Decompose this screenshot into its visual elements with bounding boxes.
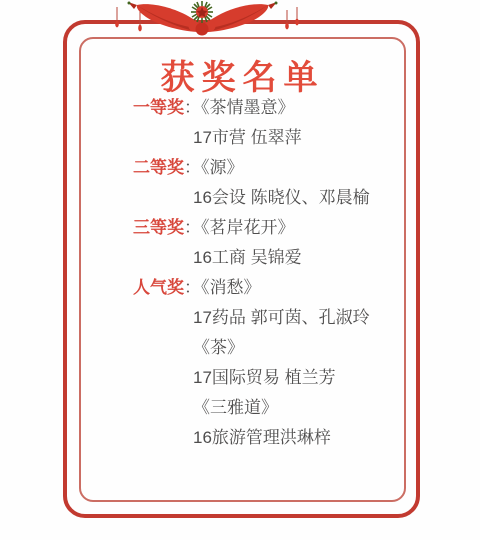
award-detail-row: 17国际贸易 植兰芳 (133, 363, 398, 393)
award-winner-detail: 17国际贸易 植兰芳 (193, 368, 336, 387)
colon-separator: ： (184, 98, 201, 117)
award-detail-row: 《茶》 (133, 333, 398, 363)
award-rank-label: 人气奖 (133, 278, 184, 297)
award-winner-detail: 16旅游管理洪琳梓 (193, 428, 331, 447)
award-winner-detail: 17药品 郭可茵、孔淑玲 (193, 308, 370, 327)
award-winner-detail: 16会设 陈晓仪、邓晨榆 (193, 188, 370, 207)
award-detail-row: 16工商 吴锦爱 (133, 243, 398, 273)
award-entry-title: 《源》 (201, 158, 244, 177)
award-winner-detail: 17市营 伍翠萍 (193, 128, 302, 147)
award-detail-row: 17市营 伍翠萍 (133, 123, 398, 153)
page-title: 获奖名单 (79, 50, 406, 99)
award-entry-title: 《茶》 (193, 338, 244, 357)
award-detail-row: 16旅游管理洪琳梓 (133, 423, 398, 453)
award-row-second-prize: 二等奖：《源》 (133, 153, 398, 183)
colon-separator: ： (184, 158, 201, 177)
award-row-first-prize: 一等奖：《茶情墨意》 (133, 93, 398, 123)
colon-separator: ： (184, 278, 201, 297)
award-rank-label: 三等奖 (133, 218, 184, 237)
award-entry-title: 《消愁》 (201, 278, 261, 297)
colon-separator: ： (184, 218, 201, 237)
award-row-third-prize: 三等奖：《茗岸花开》 (133, 213, 398, 243)
award-winner-detail: 16工商 吴锦爱 (193, 248, 302, 267)
award-detail-row: 17药品 郭可茵、孔淑玲 (133, 303, 398, 333)
award-rank-label: 二等奖 (133, 158, 184, 177)
award-entry-title: 《茗岸花开》 (201, 218, 295, 237)
award-list: 一等奖：《茶情墨意》 17市营 伍翠萍 二等奖：《源》 16会设 陈晓仪、邓晨榆… (133, 93, 398, 453)
award-rank-label: 一等奖 (133, 98, 184, 117)
award-detail-row: 16会设 陈晓仪、邓晨榆 (133, 183, 398, 213)
award-entry-title: 《三雅道》 (193, 398, 278, 417)
award-row-popularity-prize: 人气奖：《消愁》 (133, 273, 398, 303)
award-detail-row: 《三雅道》 (133, 393, 398, 423)
award-entry-title: 《茶情墨意》 (201, 98, 295, 117)
